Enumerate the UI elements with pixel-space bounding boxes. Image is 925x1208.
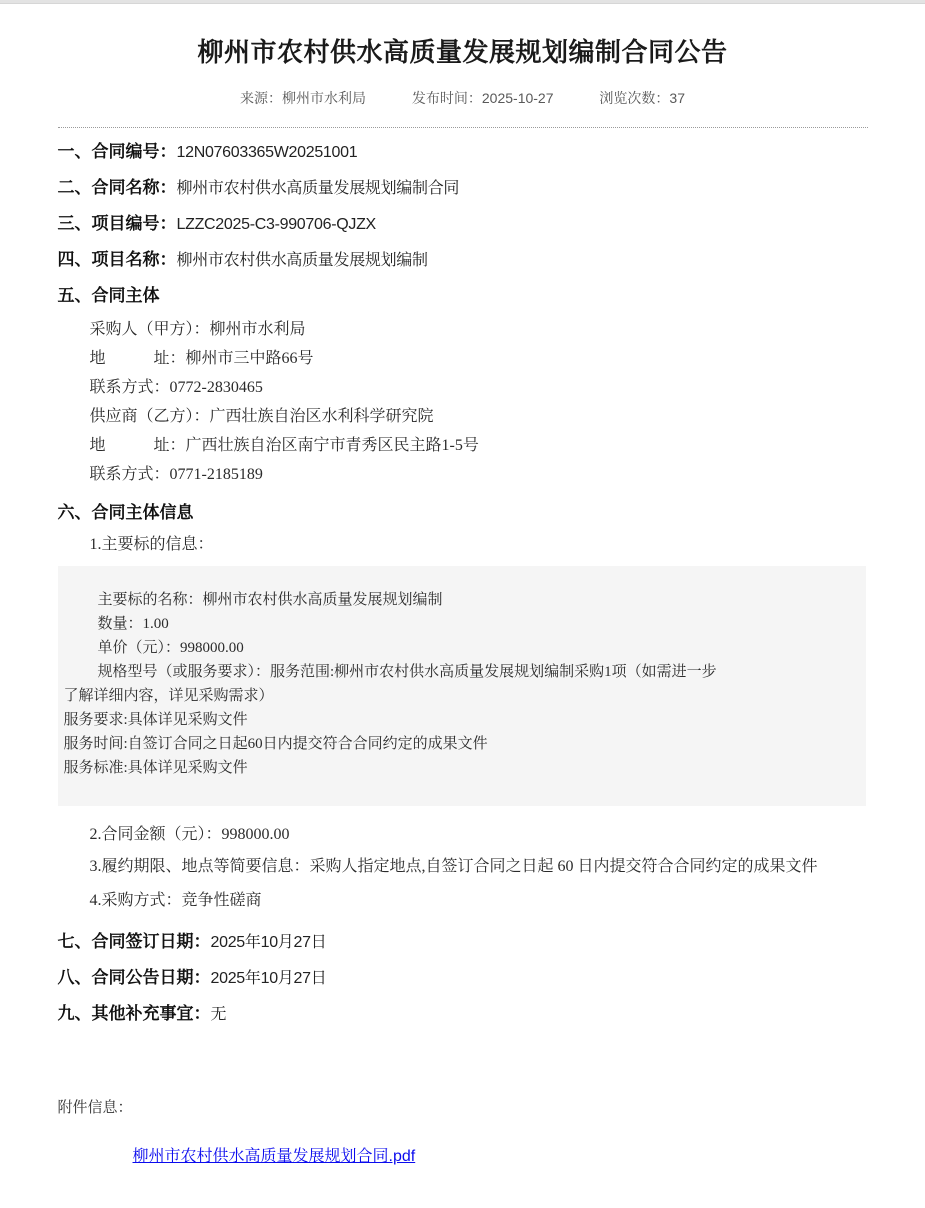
sign-date-label: 七、合同签订日期： (58, 932, 211, 951)
contract-number-row: 一、合同编号：12N07603365W20251001 (58, 140, 868, 164)
service-time-line: 服务时间:自签订合同之日起60日内提交符合合同约定的成果文件 (64, 732, 860, 756)
announcement-container: 柳州市农村供水高质量发展规划编制合同公告 来源：柳州市水利局 发布时间：2025… (58, 37, 868, 1208)
project-name-row: 四、项目名称：柳州市农村供水高质量发展规划编制 (58, 248, 868, 272)
page-title: 柳州市农村供水高质量发展规划编制合同公告 (58, 37, 868, 67)
section5-heading: 五、合同主体 (58, 284, 868, 307)
contract-number-value: 12N07603365W20251001 (177, 144, 358, 161)
buyer-address-line: 地 址：柳州市三中路66号 (58, 344, 868, 373)
contract-amount-line: 2.合同金额（元）：998000.00 (58, 822, 868, 848)
service-requirement-line: 服务要求:具体详见采购文件 (64, 708, 860, 732)
buyer-line: 采购人（甲方）：柳州市水利局 (58, 315, 868, 344)
procurement-method-line: 4.采购方式：竞争性磋商 (58, 888, 868, 914)
main-subject-info-label: 1.主要标的信息： (58, 532, 868, 558)
project-number-label: 三、项目编号： (58, 214, 177, 233)
announce-date-label: 八、合同公告日期： (58, 968, 211, 987)
sign-date-value: 2025年10月27日 (211, 934, 327, 951)
spec-requirement-line: 规格型号（或服务要求）：服务范围:柳州市农村供水高质量发展规划编制采购1项（如需… (64, 660, 860, 684)
supplier-line: 供应商（乙方）：广西壮族自治区水利科学研究院 (58, 402, 868, 431)
other-matters-value: 无 (211, 1006, 227, 1023)
attachment-section-label: 附件信息： (58, 1098, 868, 1118)
quantity-line: 数量：1.00 (64, 612, 860, 636)
project-number-value: LZZC2025-C3-990706-QJZX (177, 216, 376, 233)
meta-row: 来源：柳州市水利局 发布时间：2025-10-27 浏览次数：37 (58, 89, 868, 107)
subject-detail-box: 主要标的名称：柳州市农村供水高质量发展规划编制 数量：1.00 单价（元）：99… (58, 566, 866, 806)
meta-source: 来源：柳州市水利局 (240, 89, 366, 107)
page-top-border (0, 0, 925, 4)
service-standard-line: 服务标准:具体详见采购文件 (64, 756, 860, 780)
attachment-row: 柳州市农村供水高质量发展规划合同.pdf (58, 1146, 868, 1168)
announce-date-value: 2025年10月27日 (211, 970, 327, 987)
other-matters-row: 九、其他补充事宜：无 (58, 1002, 868, 1026)
supplier-contact-line: 联系方式：0771-2185189 (58, 460, 868, 489)
sign-date-row: 七、合同签订日期：2025年10月27日 (58, 930, 868, 954)
meta-publish-time: 发布时间：2025-10-27 (412, 89, 554, 107)
spec-requirement-wrap-line: 了解详细内容，详见采购需求） (64, 684, 860, 708)
buyer-contact-line: 联系方式：0772-2830465 (58, 373, 868, 402)
unit-price-line: 单价（元）：998000.00 (64, 636, 860, 660)
supplier-address-line: 地 址：广西壮族自治区南宁市青秀区民主路1-5号 (58, 431, 868, 460)
contract-number-label: 一、合同编号： (58, 142, 177, 161)
announce-date-row: 八、合同公告日期：2025年10月27日 (58, 966, 868, 990)
contract-name-label: 二、合同名称： (58, 178, 177, 197)
meta-view-count: 浏览次数：37 (599, 89, 685, 107)
project-name-label: 四、项目名称： (58, 250, 177, 269)
contract-name-value: 柳州市农村供水高质量发展规划编制合同 (177, 180, 460, 197)
project-name-value: 柳州市农村供水高质量发展规划编制 (177, 252, 428, 269)
subject-name-line: 主要标的名称：柳州市农村供水高质量发展规划编制 (64, 588, 860, 612)
section6-heading: 六、合同主体信息 (58, 501, 868, 524)
project-number-row: 三、项目编号：LZZC2025-C3-990706-QJZX (58, 212, 868, 236)
performance-period-line: 3.履约期限、地点等简要信息：采购人指定地点,自签订合同之日起 60 日内提交符… (58, 854, 868, 880)
contract-parties-block: 采购人（甲方）：柳州市水利局 地 址：柳州市三中路66号 联系方式：0772-2… (58, 315, 868, 489)
other-matters-label: 九、其他补充事宜： (58, 1004, 211, 1023)
header-divider (58, 127, 868, 128)
attachment-pdf-link[interactable]: 柳州市农村供水高质量发展规划合同.pdf (133, 1148, 416, 1165)
contract-name-row: 二、合同名称：柳州市农村供水高质量发展规划编制合同 (58, 176, 868, 200)
